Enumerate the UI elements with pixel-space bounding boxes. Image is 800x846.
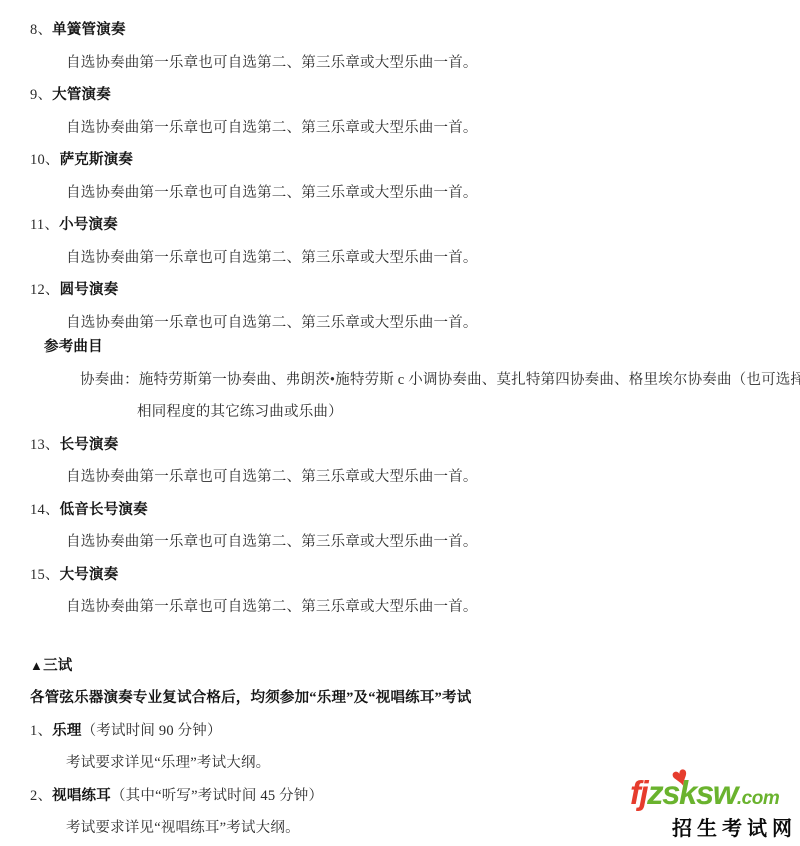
- item-10-requirement: 自选协奏曲第一乐章也可自选第二、第三乐章或大型乐曲一首。: [0, 177, 800, 210]
- item-number: 9、: [30, 87, 52, 103]
- reference-concertos-line2: 相同程度的其它练习曲或乐曲）: [0, 396, 800, 429]
- item-title: 低音长号演奏: [60, 502, 148, 518]
- logo-text-com: .com: [737, 788, 779, 809]
- reference-text: 施特劳斯第一协奏曲、弗朗茨•施特劳斯 c 小调协奏曲、莫扎特第四协奏曲、格里埃尔…: [139, 372, 800, 388]
- item-9-requirement: 自选协奏曲第一乐章也可自选第二、第三乐章或大型乐曲一首。: [0, 112, 800, 145]
- site-name-chinese: 招生考试网: [630, 816, 800, 842]
- item-13-requirement: 自选协奏曲第一乐章也可自选第二、第三乐章或大型乐曲一首。: [0, 461, 800, 494]
- logo-text-zsksw: zsksw: [647, 774, 737, 811]
- site-watermark: ♥fjzsksw.com 招生考试网: [630, 776, 800, 846]
- item-8-requirement: 自选协奏曲第一乐章也可自选第二、第三乐章或大型乐曲一首。: [0, 47, 800, 80]
- item-number: 12、: [30, 282, 60, 298]
- item-15-requirement: 自选协奏曲第一乐章也可自选第二、第三乐章或大型乐曲一首。: [0, 591, 800, 624]
- subject-note: （考试时间 90 分钟）: [82, 723, 222, 739]
- item-title: 小号演奏: [59, 217, 118, 233]
- subject-1-heading: 1、乐理（考试时间 90 分钟）: [0, 715, 800, 748]
- item-15-heading: 15、大号演奏: [0, 559, 800, 592]
- subject-number: 2、: [30, 788, 52, 804]
- site-logo: ♥fjzsksw.com: [630, 776, 800, 816]
- item-title: 长号演奏: [60, 437, 119, 453]
- item-11-heading: 11、小号演奏: [0, 209, 800, 242]
- third-exam-heading: ▲三试: [0, 650, 800, 683]
- item-title: 大管演奏: [52, 87, 111, 103]
- subject-note: （其中“听写”考试时间 45 分钟）: [111, 788, 323, 804]
- logo-text-fj: fj: [630, 774, 647, 811]
- subject-number: 1、: [30, 723, 52, 739]
- item-9-heading: 9、大管演奏: [0, 79, 800, 112]
- third-exam-intro: 各管弦乐器演奏专业复试合格后，均须参加“乐理”及“视唱练耳”考试: [0, 682, 800, 715]
- item-title: 大号演奏: [60, 567, 119, 583]
- document-page: 8、单簧管演奏 自选协奏曲第一乐章也可自选第二、第三乐章或大型乐曲一首。 9、大…: [0, 0, 800, 846]
- item-14-heading: 14、低音长号演奏: [0, 494, 800, 527]
- third-exam-title: 三试: [43, 658, 72, 674]
- item-11-requirement: 自选协奏曲第一乐章也可自选第二、第三乐章或大型乐曲一首。: [0, 242, 800, 275]
- item-8-heading: 8、单簧管演奏: [0, 14, 800, 47]
- item-title: 单簧管演奏: [52, 22, 126, 38]
- item-number: 15、: [30, 567, 60, 583]
- reference-concertos-line1: 协奏曲：施特劳斯第一协奏曲、弗朗茨•施特劳斯 c 小调协奏曲、莫扎特第四协奏曲、…: [0, 364, 800, 397]
- item-number: 14、: [30, 502, 60, 518]
- item-number: 11、: [30, 217, 59, 233]
- item-number: 13、: [30, 437, 60, 453]
- triangle-marker-icon: ▲: [30, 658, 43, 673]
- item-number: 10、: [30, 152, 60, 168]
- item-title: 圆号演奏: [60, 282, 119, 298]
- reference-label: 协奏曲：: [80, 372, 139, 388]
- item-title: 萨克斯演奏: [60, 152, 134, 168]
- subject-title: 视唱练耳: [52, 788, 111, 804]
- item-number: 8、: [30, 22, 52, 38]
- item-12-heading: 12、圆号演奏: [0, 274, 800, 307]
- subject-title: 乐理: [52, 723, 81, 739]
- item-14-requirement: 自选协奏曲第一乐章也可自选第二、第三乐章或大型乐曲一首。: [0, 526, 800, 559]
- item-13-heading: 13、长号演奏: [0, 429, 800, 462]
- item-10-heading: 10、萨克斯演奏: [0, 144, 800, 177]
